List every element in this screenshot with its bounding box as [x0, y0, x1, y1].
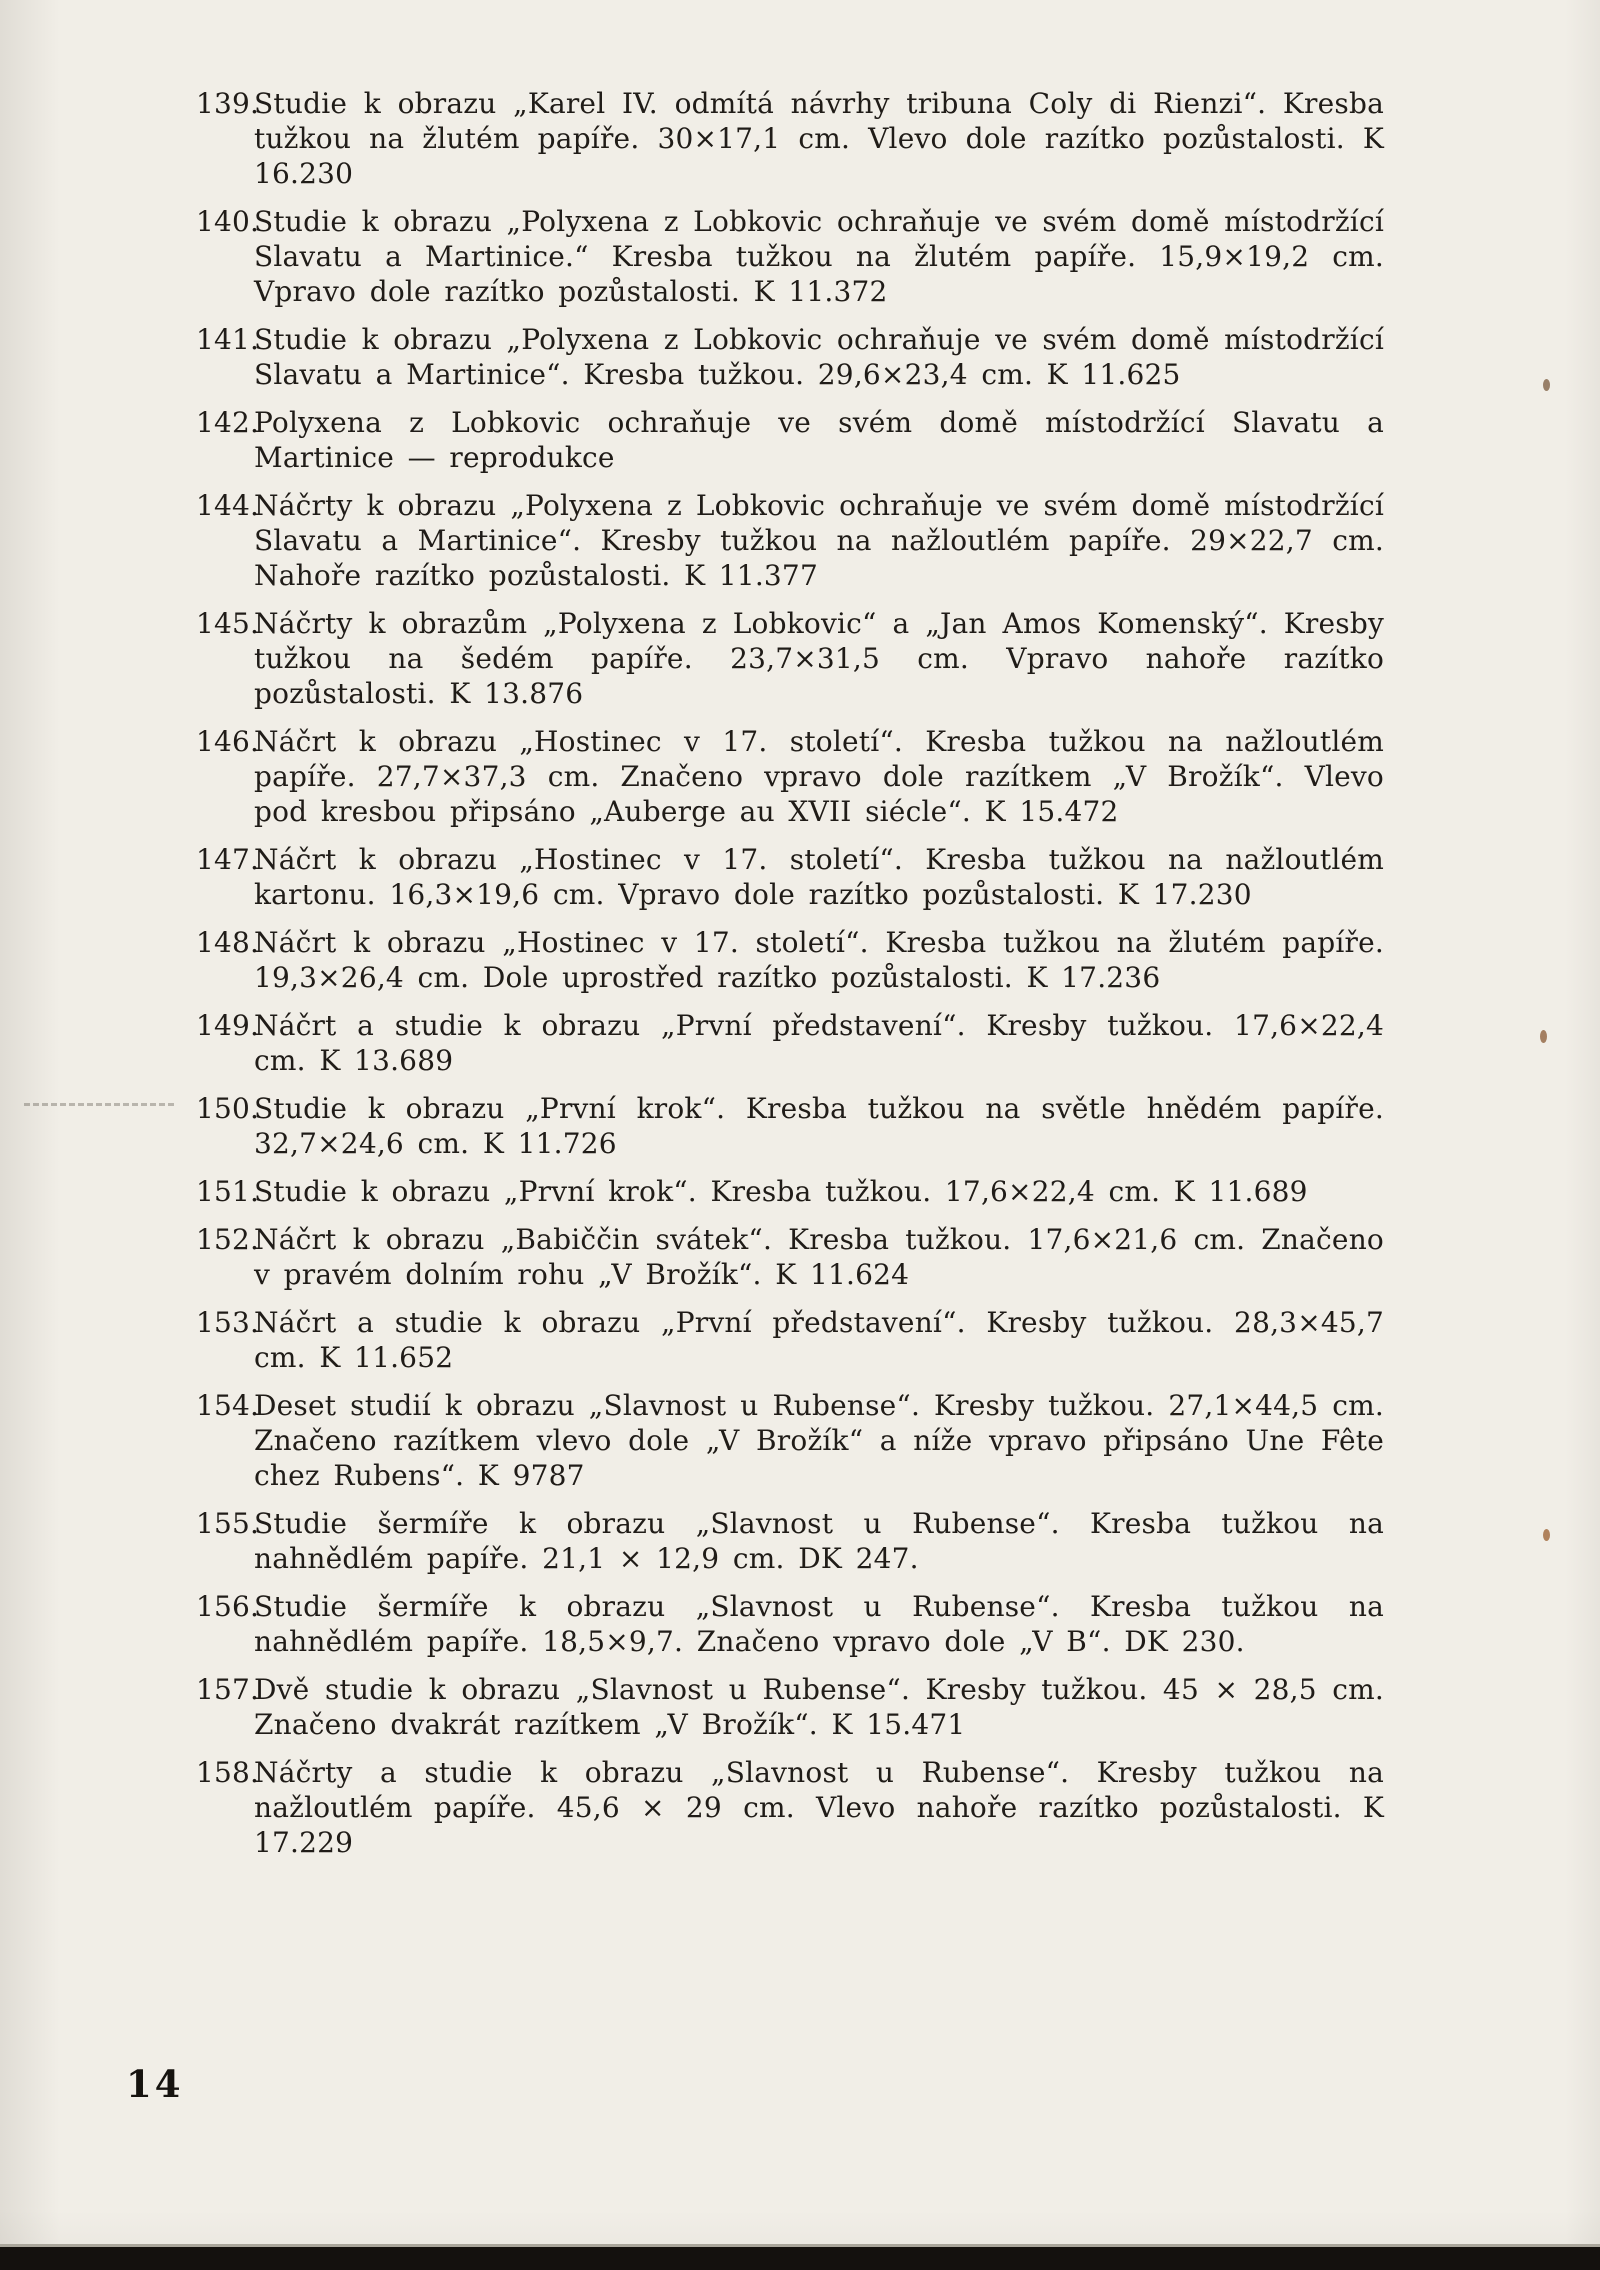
catalog-entry: 141.Studie k obrazu „Polyxena z Lobkovic…	[196, 322, 1384, 392]
catalog-entry: 146.Náčrt k obrazu „Hostinec v 17. stole…	[196, 724, 1384, 829]
catalog-entry: 150.Studie k obrazu „První krok“. Kresba…	[196, 1091, 1384, 1161]
entry-number: 151.	[196, 1174, 244, 1209]
catalog-entry: 144.Náčrty k obrazu „Polyxena z Lobkovic…	[196, 488, 1384, 593]
entry-text: Studie k obrazu „Polyxena z Lobkovic och…	[254, 205, 1384, 308]
entry-number: 158.	[196, 1755, 244, 1790]
entry-text: Náčrt k obrazu „Hostinec v 17. století“.…	[254, 843, 1384, 911]
catalog-list: 139.Studie k obrazu „Karel IV. odmítá ná…	[196, 86, 1384, 1873]
pencil-mark	[24, 1103, 174, 1106]
entry-number: 142.	[196, 405, 244, 440]
entry-text: Studie k obrazu „První krok“. Kresba tuž…	[254, 1092, 1384, 1160]
catalog-entry: 139.Studie k obrazu „Karel IV. odmítá ná…	[196, 86, 1384, 191]
catalog-entry: 152.Náčrt k obrazu „Babiččin svátek“. Kr…	[196, 1222, 1384, 1292]
entry-number: 139.	[196, 86, 244, 121]
scan-edge-bar	[0, 2244, 1600, 2270]
entry-number: 150.	[196, 1091, 244, 1126]
entry-text: Polyxena z Lobkovic ochraňuje ve svém do…	[254, 406, 1384, 474]
catalog-entry: 158.Náčrty a studie k obrazu „Slavnost u…	[196, 1755, 1384, 1860]
catalog-entry: 149.Náčrt a studie k obrazu „První předs…	[196, 1008, 1384, 1078]
catalog-entry: 154.Deset studií k obrazu „Slavnost u Ru…	[196, 1388, 1384, 1493]
entry-text: Náčrt a studie k obrazu „První představe…	[254, 1306, 1384, 1374]
entry-number: 144.	[196, 488, 244, 523]
entry-text: Deset studií k obrazu „Slavnost u Rubens…	[254, 1389, 1384, 1492]
entry-number: 157.	[196, 1672, 244, 1707]
entry-number: 147.	[196, 842, 244, 877]
entry-number: 145.	[196, 606, 244, 641]
entry-text: Náčrty a studie k obrazu „Slavnost u Rub…	[254, 1756, 1384, 1859]
catalog-entry: 156.Studie šermíře k obrazu „Slavnost u …	[196, 1589, 1384, 1659]
entry-number: 156.	[196, 1589, 244, 1624]
catalog-entry: 151.Studie k obrazu „První krok“. Kresba…	[196, 1174, 1384, 1209]
catalog-entry: 155.Studie šermíře k obrazu „Slavnost u …	[196, 1506, 1384, 1576]
entry-text: Studie k obrazu „První krok“. Kresba tuž…	[254, 1175, 1308, 1208]
entry-number: 141.	[196, 322, 244, 357]
entry-number: 146.	[196, 724, 244, 759]
scanned-page: 139.Studie k obrazu „Karel IV. odmítá ná…	[0, 0, 1600, 2270]
entry-text: Studie k obrazu „Polyxena z Lobkovic och…	[254, 323, 1384, 391]
entry-text: Náčrty k obrazu „Polyxena z Lobkovic och…	[254, 489, 1384, 592]
entry-number: 152.	[196, 1222, 244, 1257]
entry-text: Náčrt a studie k obrazu „První představe…	[254, 1009, 1384, 1077]
entry-text: Studie šermíře k obrazu „Slavnost u Rube…	[254, 1507, 1384, 1575]
entry-number: 149.	[196, 1008, 244, 1043]
page-number: 14	[126, 2062, 184, 2106]
scan-artifact	[1543, 1529, 1550, 1541]
entry-text: Studie k obrazu „Karel IV. odmítá návrhy…	[254, 87, 1384, 190]
scan-artifact	[1540, 1030, 1547, 1043]
catalog-entry: 157.Dvě studie k obrazu „Slavnost u Rube…	[196, 1672, 1384, 1742]
catalog-entry: 142.Polyxena z Lobkovic ochraňuje ve své…	[196, 405, 1384, 475]
catalog-entry: 140.Studie k obrazu „Polyxena z Lobkovic…	[196, 204, 1384, 309]
entry-number: 154.	[196, 1388, 244, 1423]
entry-number: 155.	[196, 1506, 244, 1541]
entry-number: 140.	[196, 204, 244, 239]
catalog-entry: 148.Náčrt k obrazu „Hostinec v 17. stole…	[196, 925, 1384, 995]
entry-number: 153.	[196, 1305, 244, 1340]
scan-artifact	[1543, 379, 1550, 391]
entry-text: Dvě studie k obrazu „Slavnost u Rubense“…	[254, 1673, 1384, 1741]
entry-text: Náčrt k obrazu „Babiččin svátek“. Kresba…	[254, 1223, 1384, 1291]
entry-text: Náčrt k obrazu „Hostinec v 17. století“.…	[254, 725, 1384, 828]
entry-text: Náčrty k obrazům „Polyxena z Lobkovic“ a…	[254, 607, 1384, 710]
catalog-entry: 147.Náčrt k obrazu „Hostinec v 17. stole…	[196, 842, 1384, 912]
catalog-entry: 153.Náčrt a studie k obrazu „První předs…	[196, 1305, 1384, 1375]
catalog-entry: 145.Náčrty k obrazům „Polyxena z Lobkovi…	[196, 606, 1384, 711]
entry-number: 148.	[196, 925, 244, 960]
entry-text: Náčrt k obrazu „Hostinec v 17. století“.…	[254, 926, 1384, 994]
entry-text: Studie šermíře k obrazu „Slavnost u Rube…	[254, 1590, 1384, 1658]
